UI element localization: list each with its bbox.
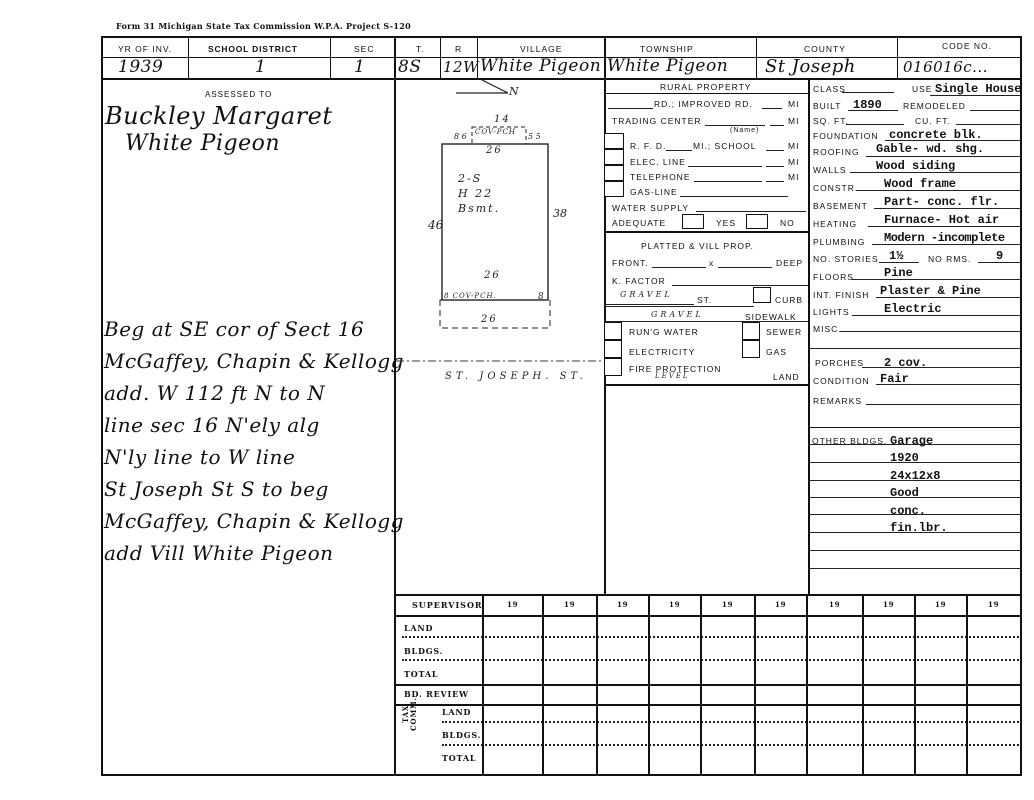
floors-value[interactable]: Pine bbox=[884, 266, 913, 280]
foundation-label: FOUNDATION bbox=[813, 131, 879, 141]
sewer-checkbox[interactable] bbox=[742, 322, 760, 340]
int-finish-value[interactable]: Plaster & Pine bbox=[880, 284, 981, 298]
sketch-house-bottom-dim: 26 bbox=[484, 270, 501, 281]
street-surface-value[interactable]: GRAVEL bbox=[620, 290, 673, 299]
rfd-checkbox[interactable] bbox=[604, 133, 624, 149]
tax-comm-bldgs-label: BLDGS. bbox=[442, 730, 481, 740]
rfd-label: R. F. D. bbox=[630, 141, 666, 151]
valuation-year-header[interactable]: 19 bbox=[775, 600, 786, 609]
code-no-value[interactable]: 016016c... bbox=[903, 58, 988, 76]
supervisor-label: SUPERVISOR bbox=[412, 600, 483, 610]
valuation-column-divider bbox=[596, 594, 598, 776]
valuation-column-divider bbox=[1020, 594, 1022, 776]
sketch-top-porch-label: COV-PCH bbox=[475, 128, 516, 136]
mi-school-label: MI.; SCHOOL bbox=[693, 141, 756, 151]
class-label: CLASS bbox=[813, 84, 846, 94]
sketch-top-right-offset: 5 5 bbox=[528, 132, 541, 141]
assessed-location[interactable]: White Pigeon bbox=[125, 131, 280, 156]
yr-of-inv-label: YR OF INV. bbox=[118, 44, 172, 54]
lights-value[interactable]: Electric bbox=[884, 302, 942, 316]
tax-comm-land-label: LAND bbox=[442, 707, 471, 717]
platted-title: PLATTED & VILL PROP. bbox=[641, 241, 754, 251]
sketch-bottom-porch-depth: 8 bbox=[538, 292, 546, 302]
misc-label: MISC. bbox=[813, 324, 842, 334]
school-district-value[interactable]: 1 bbox=[255, 57, 266, 77]
electricity-label: ELECTRICITY bbox=[629, 347, 695, 357]
water-supply-label: WATER SUPPLY bbox=[612, 203, 689, 213]
no-rms-value[interactable]: 9 bbox=[996, 249, 1003, 263]
sketch-top-left-offset: 8 6 bbox=[454, 132, 467, 141]
constr-label: CONSTR. bbox=[813, 183, 858, 193]
cu-ft-label: CU. FT. bbox=[915, 116, 951, 126]
st-label: ST. bbox=[697, 295, 712, 305]
t-value[interactable]: 8S bbox=[398, 57, 421, 77]
assessed-name[interactable]: Buckley Margaret bbox=[105, 102, 333, 130]
porches-label: PORCHES bbox=[815, 358, 864, 368]
supervisor-bldgs-label: BLDGS. bbox=[404, 646, 443, 656]
name-hint: (Name) bbox=[730, 127, 759, 134]
no-stories-value[interactable]: 1½ bbox=[889, 249, 903, 263]
other-bldgs-line[interactable]: conc. bbox=[890, 504, 926, 518]
property-sketch bbox=[396, 80, 603, 385]
form-title: Form 31 Michigan State Tax Commission W.… bbox=[116, 21, 411, 31]
mi-label: MI bbox=[788, 99, 799, 109]
walls-label: WALLS bbox=[813, 165, 847, 175]
front-label: FRONT. bbox=[612, 258, 649, 268]
curb-label: CURB bbox=[775, 295, 803, 305]
no-rms-label: NO RMS. bbox=[928, 254, 971, 264]
t-label: T. bbox=[416, 44, 425, 54]
fire-protection-checkbox[interactable] bbox=[604, 358, 622, 376]
sketch-house-top-dim: 26 bbox=[486, 145, 503, 156]
sketch-street-label: ST. JOSEPH. ST. bbox=[445, 371, 587, 382]
trading-center-label: TRADING CENTER bbox=[612, 116, 702, 126]
valuation-column-divider bbox=[542, 594, 544, 776]
valuation-year-header[interactable]: 19 bbox=[564, 600, 575, 609]
elec-line-checkbox[interactable] bbox=[604, 149, 624, 165]
sewer-label: SEWER bbox=[766, 327, 802, 337]
running-water-checkbox[interactable] bbox=[604, 322, 622, 340]
int-finish-label: INT. FINISH bbox=[813, 290, 869, 300]
use-label: USE bbox=[912, 84, 932, 94]
mi-label: MI bbox=[788, 116, 799, 126]
valuation-year-header[interactable]: 19 bbox=[507, 600, 518, 609]
heating-label: HEATING bbox=[813, 219, 857, 229]
built-label: BUILT bbox=[813, 101, 841, 111]
basement-label: BASEMENT bbox=[813, 201, 868, 211]
mi-label: MI bbox=[788, 157, 799, 167]
telephone-label: TELEPHONE bbox=[630, 172, 691, 182]
roofing-label: ROOFING bbox=[813, 147, 860, 157]
deep-label: DEEP bbox=[776, 258, 803, 268]
tax-comm-label: TAX COMM. bbox=[402, 694, 418, 734]
curb-checkbox[interactable] bbox=[753, 287, 771, 303]
sidewalk-value[interactable]: GRAVEL bbox=[651, 310, 704, 319]
no-stories-label: NO. STORIES bbox=[813, 254, 879, 264]
plumbing-label: PLUMBING bbox=[813, 237, 865, 247]
sq-ft-label: SQ. FT. bbox=[813, 116, 849, 126]
floors-label: FLOORS bbox=[813, 272, 854, 282]
valuation-column-divider bbox=[966, 594, 968, 776]
lights-label: LIGHTS bbox=[813, 307, 850, 317]
tax-comm-total-label: TOTAL bbox=[442, 753, 476, 763]
valuation-table: SUPERVISOR LAND BLDGS. TOTAL BD. REVIEW … bbox=[394, 594, 1022, 776]
valuation-year-header[interactable]: 19 bbox=[669, 600, 680, 609]
elec-line-label: ELEC. LINE bbox=[630, 157, 686, 167]
sec-value[interactable]: 1 bbox=[354, 57, 365, 77]
gas-label: GAS bbox=[766, 347, 787, 357]
mi-label: MI bbox=[788, 172, 799, 182]
supervisor-total-label: TOTAL bbox=[404, 669, 438, 679]
r-value[interactable]: 12W bbox=[443, 58, 479, 76]
valuation-year-header[interactable]: 19 bbox=[617, 600, 628, 609]
rd-improved-label: RD.; IMPROVED RD. bbox=[654, 99, 753, 109]
land-value[interactable]: LEVEL bbox=[655, 372, 690, 380]
remarks-label: REMARKS bbox=[813, 396, 862, 406]
county-label: COUNTY bbox=[804, 44, 846, 54]
yr-of-inv-value[interactable]: 1939 bbox=[118, 57, 163, 77]
sketch-left-dim: 46 bbox=[428, 218, 443, 232]
condition-label: CONDITION bbox=[813, 376, 870, 386]
telephone-checkbox[interactable] bbox=[604, 165, 624, 181]
adequate-label: ADEQUATE bbox=[612, 218, 666, 228]
no-label: NO bbox=[780, 218, 795, 228]
legal-description[interactable]: Beg at SE cor of Sect 16 McGaffey, Chapi… bbox=[104, 313, 392, 569]
plumbing-value[interactable]: Modern -incomplete bbox=[884, 231, 1005, 245]
adequate-yes-checkbox[interactable] bbox=[682, 214, 704, 229]
sketch-note: 2-S bbox=[458, 172, 482, 185]
village-value[interactable]: White Pigeon bbox=[480, 56, 601, 76]
gas-line-label: GAS-LINE bbox=[630, 187, 678, 197]
gas-line-checkbox[interactable] bbox=[604, 181, 624, 197]
valuation-year-header[interactable]: 19 bbox=[988, 600, 999, 609]
gas-checkbox[interactable] bbox=[742, 340, 760, 358]
running-water-label: RUN'G WATER bbox=[629, 327, 699, 337]
valuation-column-divider bbox=[700, 594, 702, 776]
valuation-year-header[interactable]: 19 bbox=[829, 600, 840, 609]
sketch-right-dim: 38 bbox=[553, 207, 567, 220]
school-district-label: SCHOOL DISTRICT bbox=[208, 44, 298, 54]
valuation-year-header[interactable]: 19 bbox=[935, 600, 946, 609]
valuation-year-header[interactable]: 19 bbox=[722, 600, 733, 609]
sketch-bottom-porch-label: 8 COV-PCH. bbox=[444, 292, 497, 300]
heating-value[interactable]: Furnace- Hot air bbox=[884, 213, 999, 227]
township-label: TOWNSHIP bbox=[640, 44, 694, 54]
land-label: LAND bbox=[773, 372, 800, 382]
adequate-no-checkbox[interactable] bbox=[746, 214, 768, 229]
walls-value[interactable]: Wood siding bbox=[876, 159, 955, 173]
valuation-year-header[interactable]: 19 bbox=[883, 600, 894, 609]
roofing-value[interactable]: Gable- wd. shg. bbox=[876, 142, 984, 156]
r-label: R bbox=[455, 44, 462, 54]
sketch-drawing bbox=[396, 80, 603, 385]
supervisor-land-label: LAND bbox=[404, 623, 433, 633]
sketch-note: H 22 bbox=[458, 187, 493, 200]
k-factor-label: K. FACTOR bbox=[612, 276, 666, 286]
sketch-note: Bsmt. bbox=[458, 202, 500, 215]
code-no-label: CODE NO. bbox=[942, 41, 992, 51]
sketch-dim-top-porch: 14 bbox=[494, 114, 511, 125]
sketch-bottom-porch-width: 26 bbox=[481, 314, 498, 325]
use-value[interactable]: Single House bbox=[935, 82, 1021, 96]
remodeled-label: REMODELED bbox=[903, 101, 966, 111]
sec-label: SEC bbox=[354, 44, 374, 54]
valuation-column-divider bbox=[482, 594, 484, 776]
electricity-checkbox[interactable] bbox=[604, 340, 622, 358]
county-value[interactable]: St Joseph bbox=[765, 56, 856, 77]
assessed-to-label: ASSESSED TO bbox=[205, 90, 272, 99]
valuation-column-divider bbox=[754, 594, 756, 776]
yes-label: YES bbox=[716, 218, 736, 228]
x-label: x bbox=[709, 258, 714, 268]
constr-value[interactable]: Wood frame bbox=[884, 177, 956, 191]
valuation-column-divider bbox=[862, 594, 864, 776]
valuation-column-divider bbox=[806, 594, 808, 776]
mi-label: MI bbox=[788, 141, 799, 151]
other-bldgs-line[interactable]: Garage bbox=[890, 434, 933, 448]
north-arrow-label: N bbox=[509, 85, 521, 98]
basement-value[interactable]: Part- conc. flr. bbox=[884, 195, 999, 209]
rural-property-title: RURAL PROPERTY bbox=[660, 82, 751, 92]
village-label: VILLAGE bbox=[520, 44, 562, 54]
valuation-column-divider bbox=[648, 594, 650, 776]
township-value[interactable]: White Pigeon bbox=[607, 56, 728, 76]
valuation-column-divider bbox=[914, 594, 916, 776]
